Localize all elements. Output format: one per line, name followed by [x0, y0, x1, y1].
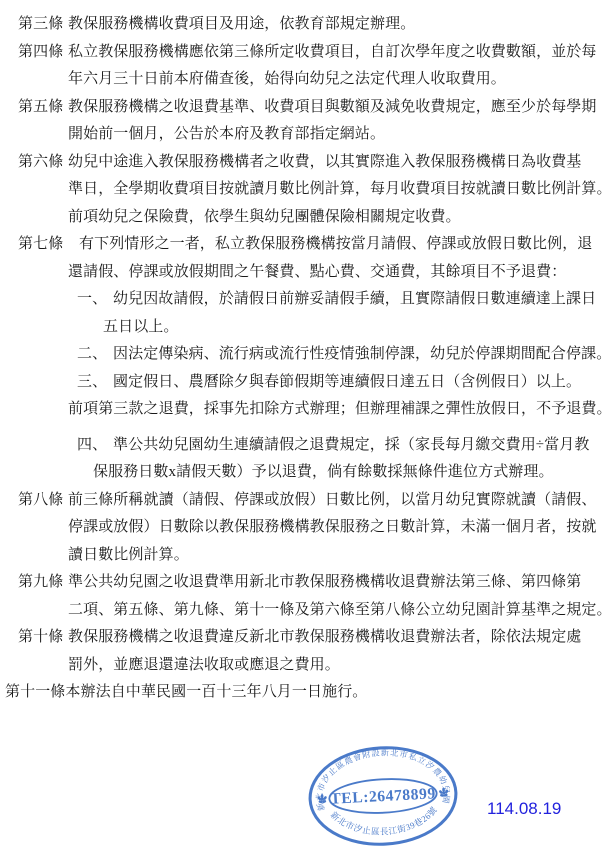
text-segment: 幼兒中途進入教保服務機構者之收費，以其實際進入教保服務機構日為收費基: [68, 149, 581, 177]
text-line: 五日以上。: [0, 314, 610, 342]
text-segment: 第四條: [18, 39, 63, 67]
text-segment: 教保服務機構收費項目及用途，依教育部規定辦理。: [68, 11, 415, 39]
text-segment: 第五條: [18, 94, 63, 122]
text-segment: 罰外，並應退還違法收取或應退之費用。: [68, 652, 340, 680]
text-segment: 教保服務機構之收退費違反新北市教保服務機構收退費辦法者，除依法規定處: [68, 624, 581, 652]
text-line: 第七條有下列情形之一者，私立教保服務機構按當月請假、停課或放假日數比例，退: [0, 231, 610, 259]
text-segment: 第十一條本辦法自中華民國一百十三年八月一日施行。: [5, 679, 367, 707]
text-line: 第四條私立教保服務機構應依第三條所定收費項目，自訂次學年度之收費數額，並於每: [0, 39, 610, 67]
text-line: 第九條準公共幼兒園之收退費準用新北市教保服務機構收退費辦法第三條、第四條第: [0, 569, 610, 597]
text-line: 第三條教保服務機構收費項目及用途，依教育部規定辦理。: [0, 11, 610, 39]
approval-date: 114.08.19: [487, 799, 561, 819]
text-segment: 一、: [77, 286, 107, 314]
text-line: 停課或放假）日數除以教保服務機構教保服務之日數計算，未滿一個月者，按就: [0, 514, 610, 542]
text-line: 一、幼兒因故請假，於請假日前辦妥請假手續，且實際請假日數連續達上課日: [0, 286, 610, 314]
text-segment: 私立教保服務機構應依第三條所定收費項目，自訂次學年度之收費數額，並於每: [68, 39, 597, 67]
text-line: 年六月三十日前本府備查後，始得向幼兒之法定代理人收取費用。: [0, 66, 610, 94]
text-line: 第五條教保服務機構之收退費基準、收費項目與數額及減免收費規定，應至少於每學期: [0, 94, 610, 122]
text-segment: 年六月三十日前本府備查後，始得向幼兒之法定代理人收取費用。: [68, 66, 506, 94]
stamp-tel-text: TEL:26478899: [330, 785, 436, 807]
text-segment: 準日，全學期收費項目按就讀月數比例計算，每月收費項目按就讀日數比例計算。: [68, 176, 610, 204]
text-segment: 幼兒因故請假，於請假日前辦妥請假手續，且實際請假日數連續達上課日: [113, 286, 596, 314]
text-segment: 前項幼兒之保險費，依學生與幼兒團體保險相關規定收費。: [68, 204, 461, 232]
text-segment: 教保服務機構之收退費基準、收費項目與數額及減免收費規定，應至少於每學期: [68, 94, 597, 122]
text-segment: 國定假日、農曆除夕與春節假期等連續假日達五日（含例假日）以上。: [113, 369, 581, 397]
text-line: 前項幼兒之保險費，依學生與幼兒團體保險相關規定收費。: [0, 204, 610, 232]
text-segment: 保服務日數x請假天數）予以退費，倘有餘數採無條件進位方式辦理。: [93, 459, 554, 487]
text-line: 三、國定假日、農曆除夕與春節假期等連續假日達五日（含例假日）以上。: [0, 369, 610, 397]
text-segment: 有下列情形之一者，私立教保服務機構按當月請假、停課或放假日數比例，退: [79, 231, 592, 259]
text-line: 保服務日數x請假天數）予以退費，倘有餘數採無條件進位方式辦理。: [0, 459, 610, 487]
text-segment: 第八條: [18, 487, 63, 515]
text-segment: 第七條: [18, 231, 63, 259]
official-stamp: 新北市汐止區農會附設新北市私立汐農幼兒園 TEL:26478899 新北市汐止區…: [304, 741, 461, 851]
text-segment: 三、: [77, 369, 107, 397]
text-segment: 讀日數比例計算。: [68, 542, 189, 570]
text-segment: 五日以上。: [103, 314, 179, 342]
text-segment: 二、: [77, 341, 107, 369]
text-segment: 準公共幼兒園之收退費準用新北市教保服務機構收退費辦法第三條、第四條第: [68, 569, 581, 597]
text-segment: 前三條所稱就讀（請假、停課或放假）日數比例，以當月幼兒實際就讀（請假、: [68, 487, 597, 515]
text-line: 第八條前三條所稱就讀（請假、停課或放假）日數比例，以當月幼兒實際就讀（請假、: [0, 487, 610, 515]
text-segment: 還請假、停課或放假期間之午餐費、點心費、交通費，其餘項目不予退費：: [68, 259, 566, 287]
text-segment: 停課或放假）日數除以教保服務機構教保服務之日數計算，未滿一個月者，按就: [68, 514, 597, 542]
text-segment: 四、: [77, 432, 107, 460]
text-line: 第十一條本辦法自中華民國一百十三年八月一日施行。: [0, 679, 610, 707]
text-segment: 第十條: [18, 624, 63, 652]
text-segment: 第六條: [18, 149, 63, 177]
text-line: 二項、第五條、第九條、第十一條及第六條至第八條公立幼兒園計算基準之規定。: [0, 597, 610, 625]
text-line: 第十條教保服務機構之收退費違反新北市教保服務機構收退費辦法者，除依法規定處: [0, 624, 610, 652]
text-segment: 二項、第五條、第九條、第十一條及第六條至第八條公立幼兒園計算基準之規定。: [68, 597, 610, 625]
text-line: 四、準公共幼兒園幼生連續請假之退費規定，採（家長每月繳交費用÷當月教: [0, 432, 610, 460]
text-segment: 因法定傳染病、流行病或流行性疫情強制停課，幼兒於停課期間配合停課。: [113, 341, 610, 369]
text-segment: 前項第三款之退費，採事先扣除方式辦理；但辦理補課之彈性放假日，不予退費。: [68, 396, 610, 424]
text-line: 前項第三款之退費，採事先扣除方式辦理；但辦理補課之彈性放假日，不予退費。: [0, 396, 610, 424]
text-line: 還請假、停課或放假期間之午餐費、點心費、交通費，其餘項目不予退費：: [0, 259, 610, 287]
text-segment: 第九條: [18, 569, 63, 597]
text-segment: 第三條: [18, 11, 63, 39]
text-line: 開始前一個月，公告於本府及教育部指定網站。: [0, 121, 610, 149]
text-line: 準日，全學期收費項目按就讀月數比例計算，每月收費項目按就讀日數比例計算。: [0, 176, 610, 204]
document-body: 第三條教保服務機構收費項目及用途，依教育部規定辦理。第四條私立教保服務機構應依第…: [0, 11, 610, 707]
text-line: 二、因法定傳染病、流行病或流行性疫情強制停課，幼兒於停課期間配合停課。: [0, 341, 610, 369]
text-line: 第六條幼兒中途進入教保服務機構者之收費，以其實際進入教保服務機構日為收費基: [0, 149, 610, 177]
text-line: 讀日數比例計算。: [0, 542, 610, 570]
text-segment: 開始前一個月，公告於本府及教育部指定網站。: [68, 121, 385, 149]
text-segment: 準公共幼兒園幼生連續請假之退費規定，採（家長每月繳交費用÷當月教: [113, 432, 589, 460]
stamp-graphic: 新北市汐止區農會附設新北市私立汐農幼兒園 TEL:26478899 新北市汐止區…: [304, 741, 461, 851]
text-line: 罰外，並應退還違法收取或應退之費用。: [0, 652, 610, 680]
document-page: 第三條教保服務機構收費項目及用途，依教育部規定辦理。第四條私立教保服務機構應依第…: [0, 0, 610, 852]
